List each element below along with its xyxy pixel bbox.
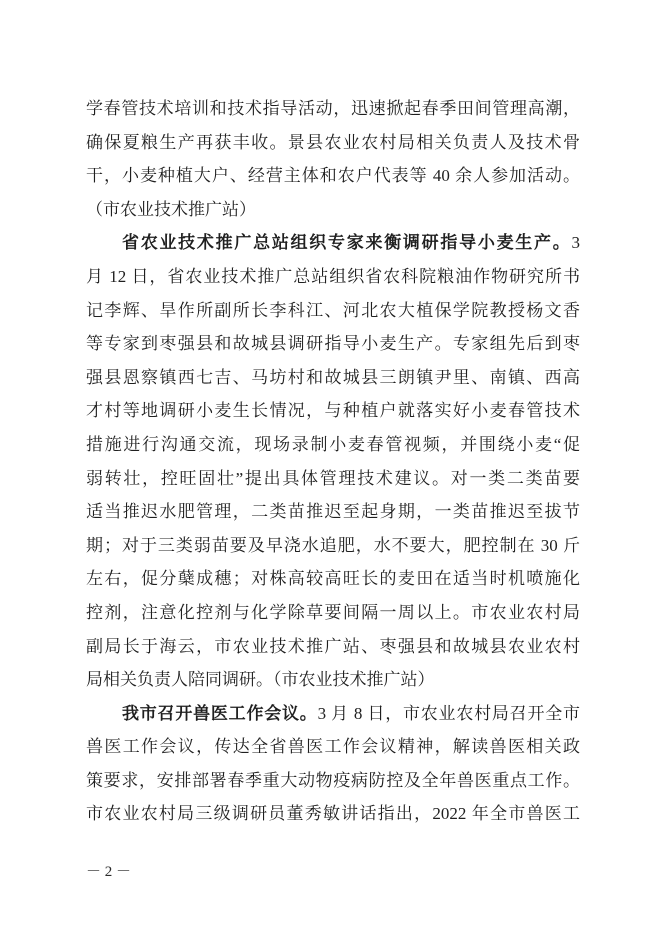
text-line: 弱转壮，控旺固壮”提出具体管理技术建议。对一类二类苗要	[86, 462, 580, 496]
text-line: 干，小麦种植大户、经营主体和农户代表等 40 余人参加活动。	[86, 159, 580, 193]
body-text: 等专家到枣强县和故城县调研指导小麦生产。专家组先后到枣	[86, 334, 580, 353]
text-line: 适当推迟水肥管理，二类苗推迟至起身期，一类苗推迟至拔节	[86, 495, 580, 529]
body-text: 确保夏粮生产再获丰收。景县农业农村局相关负责人及技术骨	[86, 133, 580, 152]
body-text: （市农业技术推广站）	[86, 200, 256, 219]
body-text: 月 12 日，省农业技术推广总站组织省农科院粮油作物研究所书	[86, 267, 580, 286]
body-text: 市农业农村局三级调研员董秀敏讲话指出，2022 年全市兽医工	[86, 804, 580, 823]
text-line: 市农业农村局三级调研员董秀敏讲话指出，2022 年全市兽医工	[86, 797, 580, 831]
text-line: 学春管技术培训和技术指导活动，迅速掀起春季田间管理高潮，	[86, 92, 580, 126]
body-text: 干，小麦种植大户、经营主体和农户代表等 40 余人参加活动。	[86, 166, 580, 185]
text-line: 省农业技术推广总站组织专家来衡调研指导小麦生产。3	[86, 226, 580, 260]
text-line: 左右，促分蘖成穗；对株高较高旺长的麦田在适当时机喷施化	[86, 562, 580, 596]
text-line: 等专家到枣强县和故城县调研指导小麦生产。专家组先后到枣	[86, 327, 580, 361]
text-line: 局相关负责人陪同调研。（市农业技术推广站）	[86, 663, 580, 697]
page-footer: － 2 －	[86, 860, 131, 881]
body-text: 期；对于三类弱苗要及早浇水追肥，水不要大，肥控制在 30 斤	[86, 536, 580, 555]
body-text: 副局长于海云，市农业技术推广站、枣强县和故城县农业农村	[86, 637, 580, 656]
text-line: 我市召开兽医工作会议。3 月 8 日，市农业农村局召开全市	[86, 697, 580, 731]
body-text: 兽医工作会议，传达全省兽医工作会议精神，解读兽医相关政	[86, 737, 580, 756]
body-text: 强县恩察镇西七吉、马坊村和故城县三朗镇尹里、南镇、西高	[86, 368, 580, 387]
body-text: 策要求，安排部署春季重大动物疫病防控及全年兽医重点工作。	[86, 771, 580, 790]
text-line: 副局长于海云，市农业技术推广站、枣强县和故城县农业农村	[86, 630, 580, 664]
text-line: 期；对于三类弱苗要及早浇水追肥，水不要大，肥控制在 30 斤	[86, 529, 580, 563]
bold-heading-text: 省农业技术推广总站组织专家来衡调研指导小麦生产。	[122, 233, 572, 252]
body-text: 措施进行沟通交流，现场录制小麦春管视频，并围绕小麦“促	[86, 435, 580, 454]
bold-heading-text: 我市召开兽医工作会议。	[122, 704, 318, 723]
body-text: 3	[572, 233, 581, 252]
body-text: 3 月 8 日，市农业农村局召开全市	[318, 704, 580, 723]
paragraph: 省农业技术推广总站组织专家来衡调研指导小麦生产。3月 12 日，省农业技术推广总…	[86, 226, 580, 696]
body-text: 记李辉、旱作所副所长李科江、河北农大植保学院教授杨文香	[86, 301, 580, 320]
text-line: 记李辉、旱作所副所长李科江、河北农大植保学院教授杨文香	[86, 294, 580, 328]
text-line: 兽医工作会议，传达全省兽医工作会议精神，解读兽医相关政	[86, 730, 580, 764]
text-line: 确保夏粮生产再获丰收。景县农业农村局相关负责人及技术骨	[86, 126, 580, 160]
text-line: （市农业技术推广站）	[86, 193, 580, 227]
text-line: 措施进行沟通交流，现场录制小麦春管视频，并围绕小麦“促	[86, 428, 580, 462]
paragraph: 我市召开兽医工作会议。3 月 8 日，市农业农村局召开全市兽医工作会议，传达全省…	[86, 697, 580, 831]
text-line: 月 12 日，省农业技术推广总站组织省农科院粮油作物研究所书	[86, 260, 580, 294]
paragraph: 学春管技术培训和技术指导活动，迅速掀起春季田间管理高潮，确保夏粮生产再获丰收。景…	[86, 92, 580, 226]
body-text: 左右，促分蘖成穗；对株高较高旺长的麦田在适当时机喷施化	[86, 569, 580, 588]
document-body: 学春管技术培训和技术指导活动，迅速掀起春季田间管理高潮，确保夏粮生产再获丰收。景…	[86, 92, 580, 831]
text-line: 控剂，注意化控剂与化学除草要间隔一周以上。市农业农村局	[86, 596, 580, 630]
body-text: 学春管技术培训和技术指导活动，迅速掀起春季田间管理高潮，	[86, 99, 580, 118]
text-line: 策要求，安排部署春季重大动物疫病防控及全年兽医重点工作。	[86, 764, 580, 798]
text-line: 才村等地调研小麦生长情况，与种植户就落实好小麦春管技术	[86, 394, 580, 428]
document-page: 学春管技术培训和技术指导活动，迅速掀起春季田间管理高潮，确保夏粮生产再获丰收。景…	[0, 0, 662, 936]
page-number: － 2 －	[86, 864, 131, 880]
body-text: 局相关负责人陪同调研。（市农业技术推广站）	[86, 670, 435, 689]
body-text: 适当推迟水肥管理，二类苗推迟至起身期，一类苗推迟至拔节	[86, 502, 580, 521]
text-line: 强县恩察镇西七吉、马坊村和故城县三朗镇尹里、南镇、西高	[86, 361, 580, 395]
body-text: 才村等地调研小麦生长情况，与种植户就落实好小麦春管技术	[86, 401, 580, 420]
body-text: 弱转壮，控旺固壮”提出具体管理技术建议。对一类二类苗要	[86, 469, 580, 488]
body-text: 控剂，注意化控剂与化学除草要间隔一周以上。市农业农村局	[86, 603, 580, 622]
